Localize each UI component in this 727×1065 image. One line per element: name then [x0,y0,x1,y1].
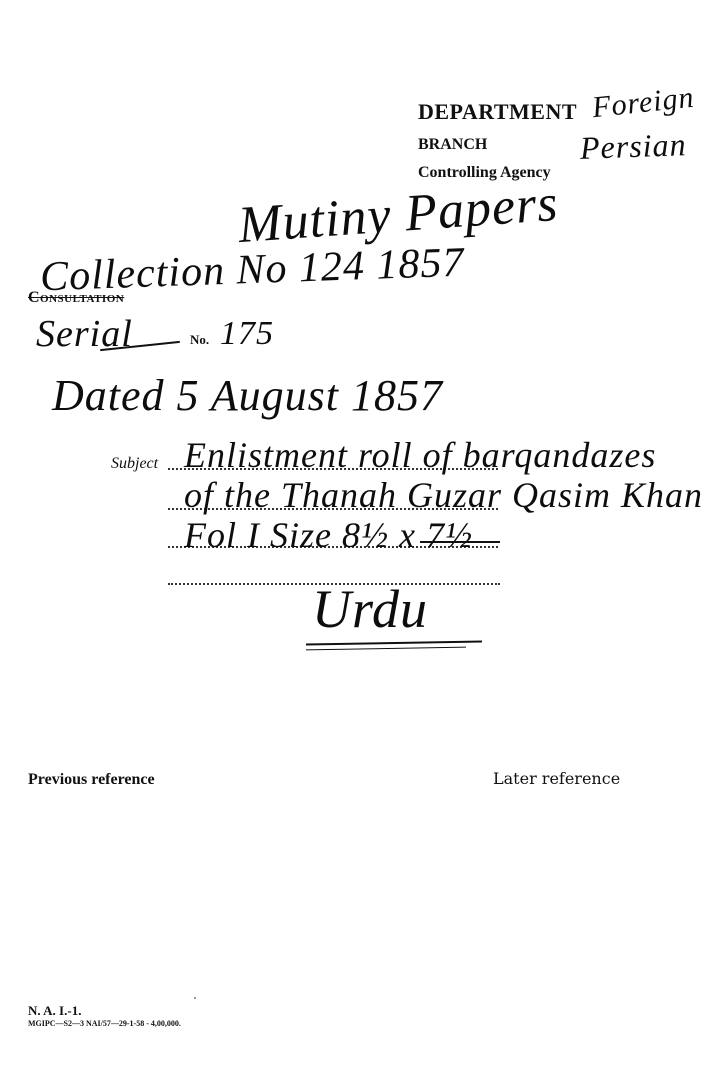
printer-imprint: MGIPC—S2—3 NAI/57—29-1-58 - 4,00,000. [28,1019,181,1028]
language-underline [306,640,482,645]
department-label: DEPARTMENT [418,99,577,125]
branch-value-handwritten: Persian [579,126,687,167]
branch-label: BRANCH [418,136,487,154]
later-reference-label: Later reference [493,769,620,788]
subject-line-2-handwritten: of the Thanah Guzar Qasim Khan [184,474,703,516]
form-id: N. A. I.-1. [28,1003,81,1019]
subject-line-3-handwritten: Fol I Size 8½ x 7½ [184,514,473,556]
consultation-label-struck: Consultation [28,289,124,307]
subject-line-1-handwritten: Enlistment roll of barqandazes [184,434,656,476]
size-dash [420,541,500,543]
paper-speck [194,997,196,999]
serial-number-handwritten: 175 [220,315,274,353]
previous-reference-label: Previous reference [28,771,155,789]
language-handwritten: Urdu [312,578,428,640]
serial-label-handwritten: Serial [36,312,133,356]
subject-label: Subject [111,455,158,473]
department-value-handwritten: Foreign [591,81,697,126]
language-underline-double [306,647,466,651]
dated-handwritten: Dated 5 August 1857 [52,370,443,421]
serial-no-label: No. [190,332,209,348]
